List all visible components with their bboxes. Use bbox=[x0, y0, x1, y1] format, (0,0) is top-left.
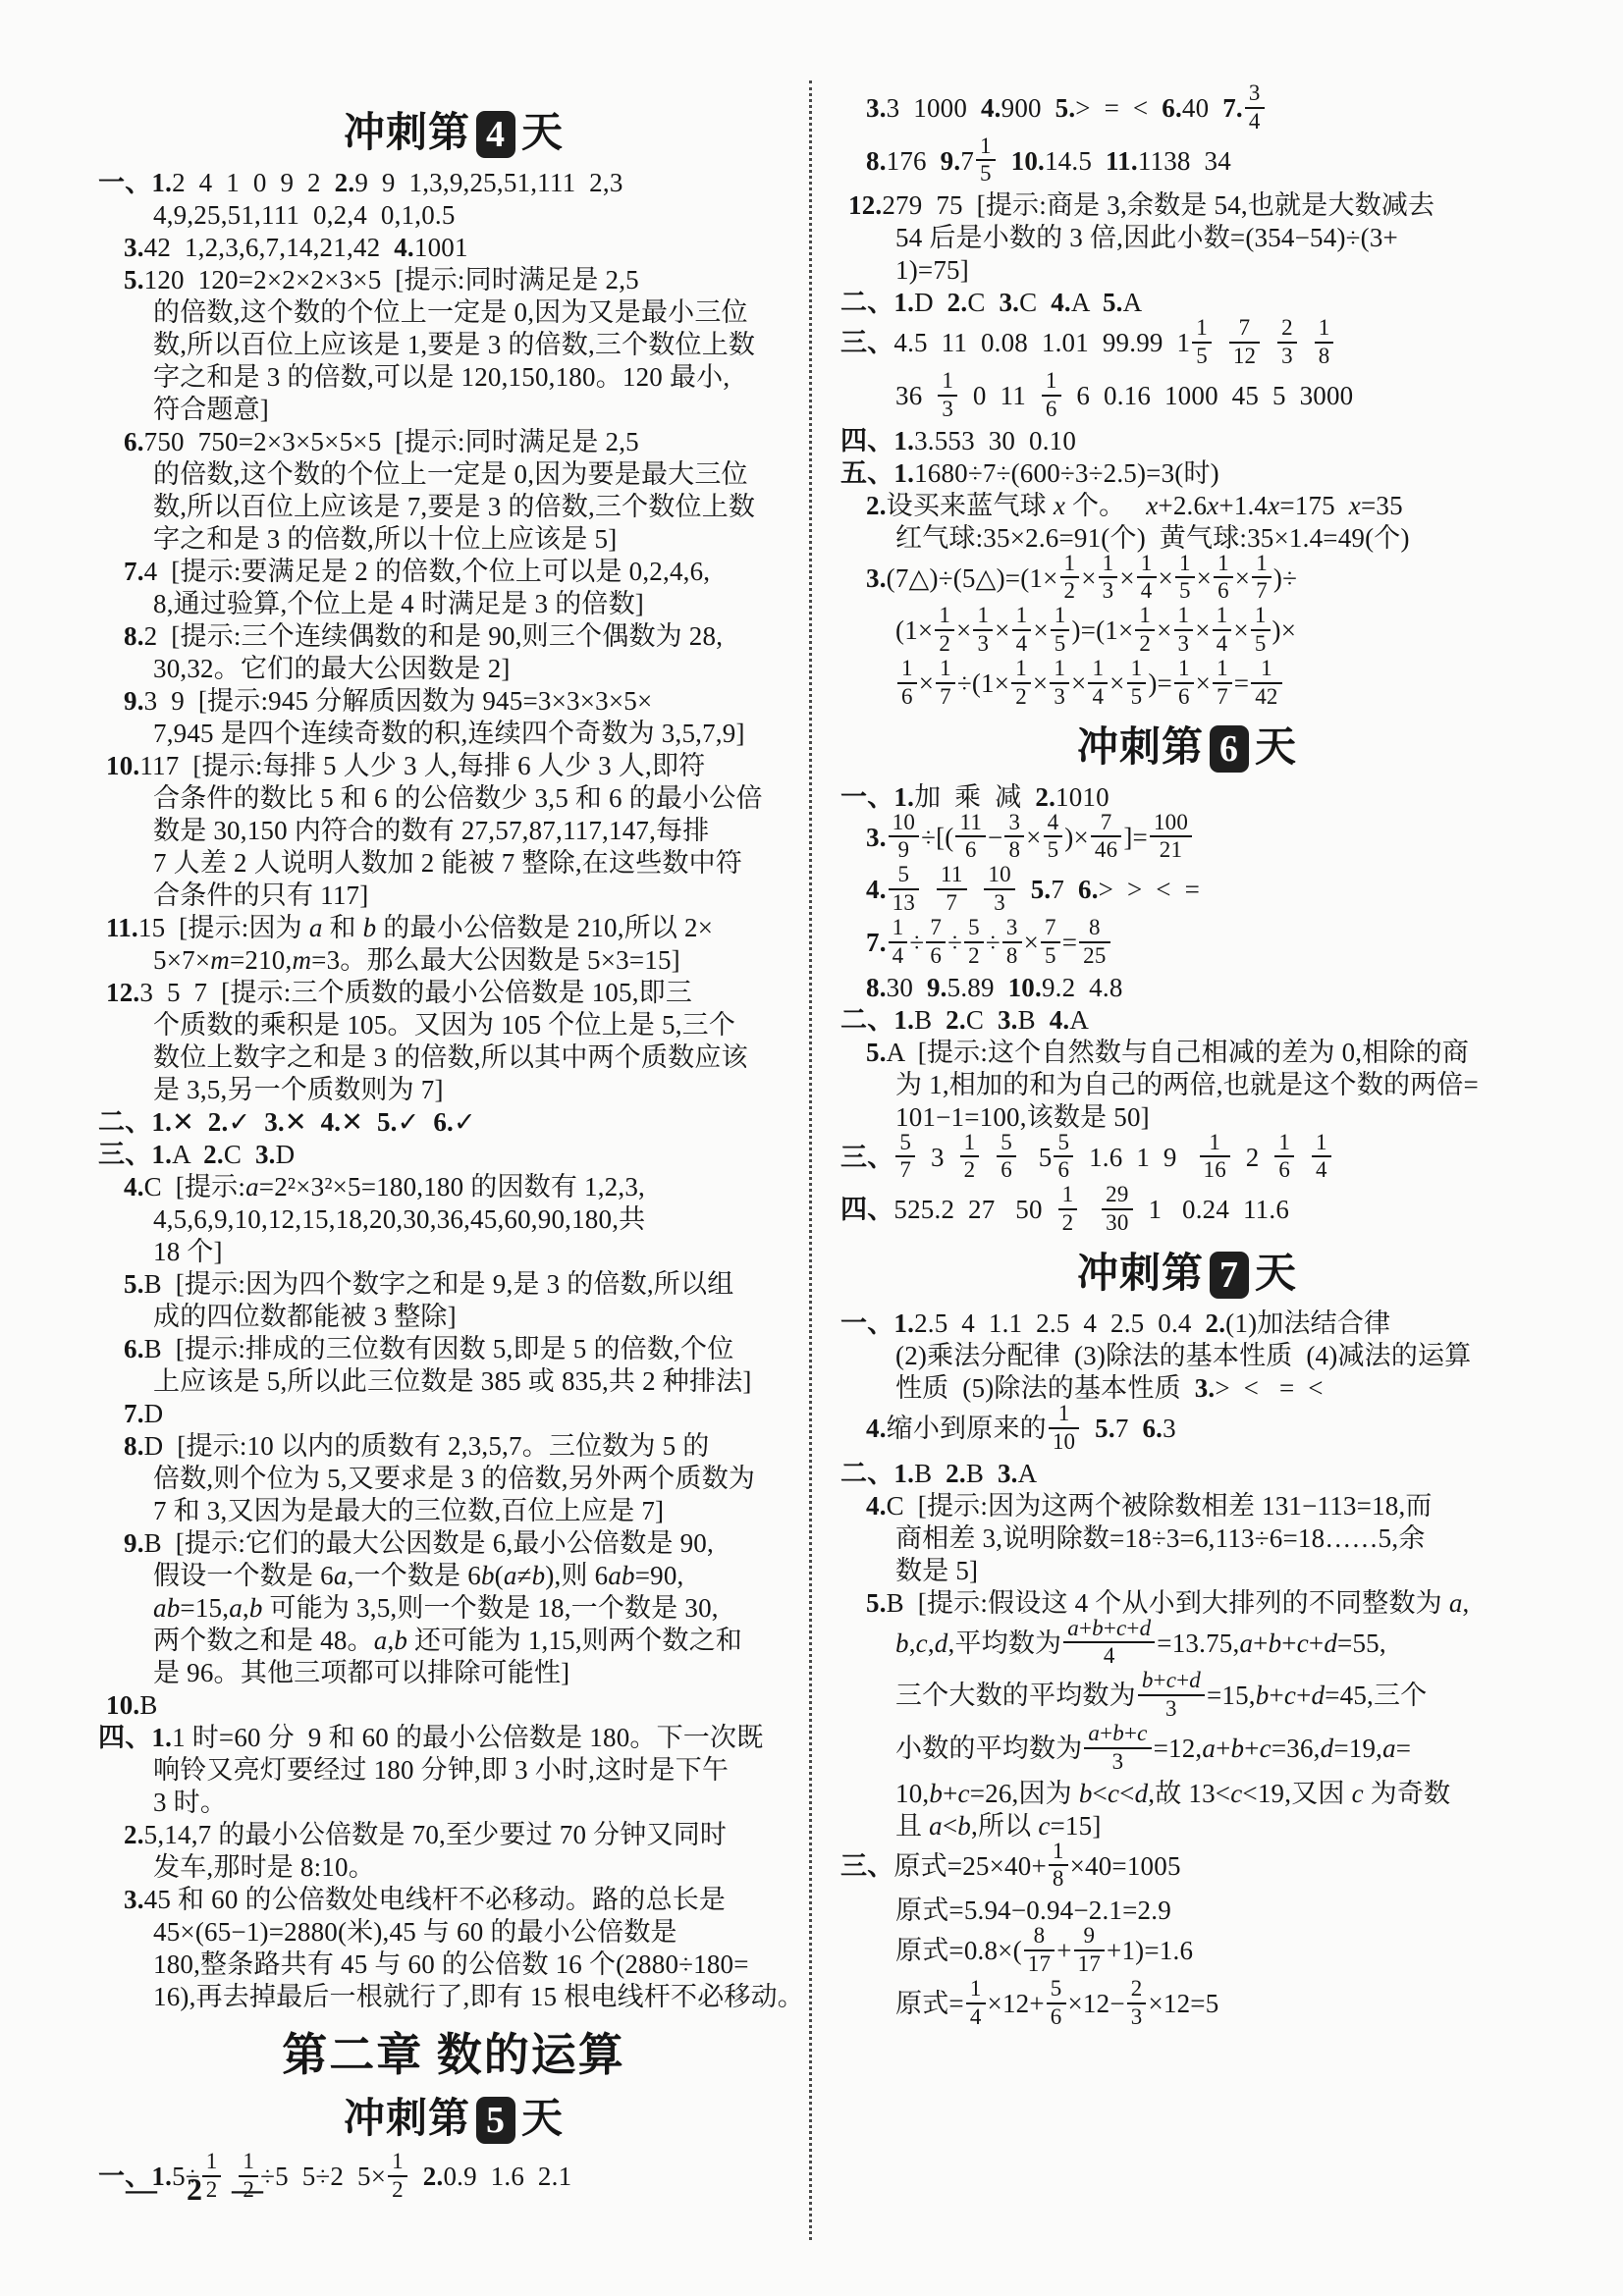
text-line: 4.缩小到原来的110 5.7 6.3 bbox=[866, 1405, 1534, 1458]
day-number-badge: 7 bbox=[1210, 1252, 1249, 1299]
text-line: 7.14÷76÷52÷38×75=825 bbox=[866, 919, 1534, 972]
text-line: 四、1.1 时=60 分 9 和 60 的最小公倍数是 180。下一次既 bbox=[98, 1722, 809, 1754]
text-line: 3.109÷[(116−38×45)×746]=10021 bbox=[866, 814, 1534, 867]
text-line: 三个大数的平均数为b+c+d3=15,b+c+d=45,三个 bbox=[895, 1672, 1534, 1725]
text-line: 7,945 是四个连续奇数的积,连续四个奇数为 3,5,7,9] bbox=[153, 718, 809, 750]
text-line: 四、525.2 27 50 12 2930 1 0.24 11.6 bbox=[840, 1186, 1534, 1239]
fraction: 13 bbox=[938, 369, 957, 422]
fraction: 116 bbox=[955, 811, 986, 864]
text-line: 原式=14×12+56×12−23×12=5 bbox=[895, 1980, 1534, 2033]
text-line: 8.176 9.715 10.14.5 11.1138 34 bbox=[866, 137, 1534, 190]
fraction: 23 bbox=[1277, 316, 1297, 369]
text-line: 是 3,5,另一个质数则为 7] bbox=[153, 1074, 809, 1106]
text-line: 数,所以百位上应该是 7,要是 3 的倍数,三个数位上数 bbox=[153, 491, 809, 523]
text-line: 5.B [提示:假设这 4 个从小到大排列的不同整数为 a, bbox=[866, 1587, 1534, 1620]
fraction: 38 bbox=[1002, 916, 1022, 969]
text-line: 2.设买来蓝气球 x 个。 x+2.6x+1.4x=175 x=35 bbox=[866, 490, 1534, 522]
fraction: 45 bbox=[1044, 811, 1063, 864]
fraction: 14 bbox=[966, 1977, 986, 2030]
fraction: 18 bbox=[1049, 1840, 1068, 1893]
text-line: 数是 5] bbox=[895, 1555, 1534, 1587]
text-line: 一、1.2 4 1 0 9 2 2.9 9 1,3,9,25,51,111 2,… bbox=[98, 167, 809, 199]
fraction: 14 bbox=[1088, 657, 1108, 710]
text-line: 6.B [提示:排成的三位数有因数 5,即是 5 的倍数,个位 bbox=[124, 1333, 809, 1365]
text-line: 16),再去掉最后一根就行了,即有 15 根电线杆不必移动。 bbox=[153, 1981, 809, 2013]
text-line: 3.42 1,2,3,6,7,14,21,42 4.1001 bbox=[124, 232, 809, 264]
text-line: 数,所以百位上应该是 1,要是 3 的倍数,三个数位上数 bbox=[153, 329, 809, 361]
text-line: 数位上数字之和是 3 的倍数,所以其中两个质数应该 bbox=[153, 1041, 809, 1074]
text-line: 7.D bbox=[124, 1398, 809, 1430]
fraction: 17 bbox=[936, 657, 955, 710]
text-line: 3.(7△)÷(5△)=(1×12×13×14×15×16×17)÷ bbox=[866, 555, 1534, 608]
fraction: 34 bbox=[1245, 81, 1265, 134]
text-line: 6.750 750=2×3×5×5×5 [提示:同时满足是 2,5 bbox=[124, 426, 809, 458]
fraction: 56 bbox=[1047, 1977, 1066, 2030]
fraction: 16 bbox=[897, 657, 917, 710]
fraction: 52 bbox=[964, 916, 984, 969]
text-line: 8.30 9.5.89 10.9.2 4.8 bbox=[866, 972, 1534, 1004]
fraction: 14 bbox=[889, 916, 908, 969]
text-line: 二、1.B 2.B 3.A bbox=[840, 1458, 1534, 1490]
left-column: 冲刺第4天一、1.2 4 1 0 9 2 2.9 9 1,3,9,25,51,1… bbox=[98, 98, 809, 2206]
text-line: 10.B bbox=[106, 1689, 809, 1722]
fraction: 13 bbox=[1050, 657, 1069, 710]
fraction: 13 bbox=[973, 604, 993, 657]
fraction: a+b+c3 bbox=[1084, 1722, 1151, 1775]
fraction: 14 bbox=[1213, 604, 1232, 657]
day-number-badge: 5 bbox=[476, 2097, 515, 2144]
fraction: 76 bbox=[926, 916, 946, 969]
fraction: 14 bbox=[1137, 552, 1157, 605]
fraction: 75 bbox=[1041, 916, 1060, 969]
fraction: 23 bbox=[1127, 1977, 1147, 2030]
text-line: 五、1.1680÷7÷(600÷3÷2.5)=3(时) bbox=[840, 457, 1534, 490]
fraction: 917 bbox=[1074, 1924, 1105, 1977]
text-line: 一、1.2.5 4 1.1 2.5 4 2.5 0.4 2.(1)加法结合律 bbox=[840, 1308, 1534, 1340]
day-header: 冲刺第6天 bbox=[840, 722, 1534, 774]
fraction: 14 bbox=[1312, 1131, 1331, 1184]
fraction: 16 bbox=[1174, 657, 1194, 710]
fraction: b+c+d3 bbox=[1138, 1669, 1205, 1722]
fraction: 12 bbox=[1135, 604, 1155, 657]
text-line: 合条件的数比 5 和 6 的公倍数少 3,5 和 6 的最小公倍 bbox=[153, 782, 809, 815]
text-line: 4.513 117 103 5.7 6.> > < = bbox=[866, 866, 1534, 919]
fraction: 746 bbox=[1091, 811, 1121, 864]
text-line: 是 96。其他三项都可以排除可能性] bbox=[153, 1657, 809, 1689]
text-line: (2)乘法分配律 (3)除法的基本性质 (4)减法的运算 bbox=[895, 1340, 1534, 1372]
fraction: 56 bbox=[1054, 1131, 1073, 1184]
fraction: 16 bbox=[1274, 1131, 1294, 1184]
text-line: 1)=75] bbox=[895, 254, 1534, 287]
fraction: 12 bbox=[1058, 1183, 1078, 1236]
day-number-badge: 6 bbox=[1210, 725, 1249, 773]
text-line: 上应该是 5,所以此三位数是 385 或 835,共 2 种排法] bbox=[153, 1365, 809, 1398]
text-line: 4.C [提示:因为这两个被除数相差 131−113=18,而 bbox=[866, 1490, 1534, 1522]
fraction: 12 bbox=[1011, 657, 1031, 710]
text-line: 的倍数,这个数的个位上一定是 0,因为又是最小三位 bbox=[153, 296, 809, 329]
fraction: 15 bbox=[1175, 552, 1195, 605]
text-line: 响铃又亮灯要经过 180 分钟,即 3 小时,这时是下午 bbox=[153, 1754, 809, 1787]
text-line: 两个数之和是 48。a,b 还可能为 1,15,则两个数之和 bbox=[153, 1625, 809, 1657]
text-line: 数是 30,150 内符合的数有 27,57,87,117,147,每排 bbox=[153, 815, 809, 847]
text-line: 的倍数,这个数的个位上一定是 0,因为要是最大三位 bbox=[153, 458, 809, 491]
text-line: 个质数的乘积是 105。又因为 105 个位上是 5,三个 bbox=[153, 1009, 809, 1041]
day-header: 冲刺第7天 bbox=[840, 1249, 1534, 1300]
fraction: 103 bbox=[984, 863, 1014, 916]
fraction: 142 bbox=[1251, 657, 1281, 710]
text-line: 二、1.D 2.C 3.C 4.A 5.A bbox=[840, 287, 1534, 319]
fraction: 17 bbox=[1213, 657, 1232, 710]
fraction: 16 bbox=[1042, 369, 1061, 422]
fraction: 116 bbox=[1200, 1131, 1230, 1184]
text-line: 成的四位数都能被 3 整除] bbox=[153, 1301, 809, 1333]
text-line: 商相差 3,说明除数=18÷3=6,113÷6=18……5,余 bbox=[895, 1522, 1534, 1555]
text-line: 10,b+c=26,因为 b<c<d,故 13<c<19,又因 c 为奇数 bbox=[895, 1778, 1534, 1810]
text-line: 4.C [提示:a=2²×3²×5=180,180 的因数有 1,2,3, bbox=[124, 1171, 809, 1203]
fraction: 117 bbox=[937, 863, 967, 916]
fraction: 16 bbox=[1214, 552, 1233, 605]
text-line: 9.3 9 [提示:945 分解质因数为 945=3×3×3×5× bbox=[124, 685, 809, 718]
text-line: 三、4.5 11 0.08 1.01 99.99 115 712 23 18 bbox=[840, 319, 1534, 372]
text-line: 3.45 和 60 的公倍数处电线杆不必移动。路的总长是 bbox=[124, 1884, 809, 1916]
fraction: 12 bbox=[960, 1131, 980, 1184]
text-line: 9.B [提示:它们的最大公因数是 6,最小公倍数是 90, bbox=[124, 1527, 809, 1560]
text-line: 180,整条路共有 45 与 60 的公倍数 16 个(2880÷180= bbox=[153, 1949, 809, 1981]
day-header: 冲刺第5天 bbox=[98, 2094, 809, 2145]
page-number: — 2 — bbox=[126, 2171, 265, 2208]
fraction: 13 bbox=[1174, 604, 1194, 657]
text-line: 三、1.A 2.C 3.D bbox=[98, 1139, 809, 1171]
text-line: ab=15,a,b 可能为 3,5,则一个数是 18,一个数是 30, bbox=[153, 1592, 809, 1625]
fraction: 14 bbox=[1012, 604, 1032, 657]
fraction: 15 bbox=[976, 134, 996, 187]
text-line: 10.117 [提示:每排 5 人少 3 人,每排 6 人少 3 人,即符 bbox=[106, 750, 809, 782]
text-line: 红气球:35×2.6=91(个) 黄气球:35×1.4=49(个) bbox=[895, 522, 1534, 555]
text-line: 原式=5.94−0.94−2.1=2.9 bbox=[895, 1895, 1534, 1927]
fraction: 825 bbox=[1079, 916, 1109, 969]
chapter-header: 第二章 数的运算 bbox=[98, 2027, 809, 2084]
text-line: 7 人差 2 人说明人数加 2 能被 7 整除,在这些数中符 bbox=[153, 847, 809, 880]
text-line: 字之和是 3 的倍数,可以是 120,150,180。120 最小, bbox=[153, 361, 809, 394]
text-line: 5.120 120=2×2×2×3×5 [提示:同时满足是 2,5 bbox=[124, 264, 809, 296]
fraction: 10021 bbox=[1150, 811, 1192, 864]
fraction: 15 bbox=[1051, 604, 1070, 657]
fraction: 109 bbox=[889, 811, 919, 864]
text-line: 7 和 3,又因为是最大的三位数,百位上应是 7] bbox=[153, 1495, 809, 1527]
fraction: a+b+c+d4 bbox=[1063, 1617, 1155, 1670]
text-line: (1×12×13×14×15)=(1×12×13×14×15)× bbox=[895, 607, 1534, 660]
text-line: 5.B [提示:因为四个数字之和是 9,是 3 的倍数,所以组 bbox=[124, 1268, 809, 1301]
fraction: 18 bbox=[1315, 316, 1334, 369]
text-line: 假设一个数是 6a,一个数是 6b(a≠b),则 6ab=90, bbox=[153, 1560, 809, 1592]
fraction: 712 bbox=[1229, 316, 1260, 369]
fraction: 12 bbox=[388, 2150, 407, 2203]
text-line: 54 后是小数的 3 倍,因此小数=(354−54)÷(3+ bbox=[895, 222, 1534, 254]
text-line: 18 个] bbox=[153, 1236, 809, 1268]
column-divider bbox=[809, 80, 812, 2240]
text-line: 字之和是 3 的倍数,所以十位上应该是 5] bbox=[153, 523, 809, 556]
text-line: 12.3 5 7 [提示:三个质数的最小公倍数是 105,即三 bbox=[106, 977, 809, 1009]
text-line: 16×17÷(1×12×13×14×15)=16×17=142 bbox=[895, 660, 1534, 713]
text-line: 30,32。它们的最大公因数是 2] bbox=[153, 653, 809, 685]
text-line: 45×(65−1)=2880(米),45 与 60 的最小公倍数是 bbox=[153, 1916, 809, 1949]
text-line: 二、1.B 2.C 3.B 4.A bbox=[840, 1004, 1534, 1037]
text-line: 36 13 0 11 16 6 0.16 1000 45 5 3000 bbox=[895, 372, 1534, 425]
day-number-badge: 4 bbox=[476, 111, 515, 158]
text-line: 性质 (5)除法的基本性质 3.> < = < bbox=[895, 1372, 1534, 1405]
text-line: 7.4 [提示:要满足是 2 的倍数,个位上可以是 0,2,4,6, bbox=[124, 556, 809, 588]
fraction: 12 bbox=[1060, 552, 1080, 605]
fraction: 110 bbox=[1049, 1402, 1079, 1455]
text-line: 8.D [提示:10 以内的质数有 2,3,5,7。三位数为 5 的 bbox=[124, 1430, 809, 1463]
fraction: 56 bbox=[997, 1131, 1016, 1184]
text-line: 发车,那时是 8:10。 bbox=[153, 1851, 809, 1884]
day-header: 冲刺第4天 bbox=[98, 108, 809, 159]
fraction: 17 bbox=[1252, 552, 1271, 605]
fraction: 2930 bbox=[1102, 1183, 1132, 1236]
text-line: 2.5,14,7 的最小公倍数是 70,至少要过 70 分钟又同时 bbox=[124, 1819, 809, 1851]
text-line: 二、1.✕ 2.✓ 3.✕ 4.✕ 5.✓ 6.✓ bbox=[98, 1106, 809, 1139]
fraction: 15 bbox=[1127, 657, 1147, 710]
text-line: 合条件的只有 117] bbox=[153, 880, 809, 912]
text-line: 符合题意] bbox=[153, 394, 809, 426]
text-line: 3.3 1000 4.900 5.> = < 6.40 7.34 bbox=[866, 84, 1534, 137]
text-line: 11.15 [提示:因为 a 和 b 的最小公倍数是 210,所以 2× bbox=[106, 912, 809, 944]
text-line: b,c,d,平均数为a+b+c+d4=13.75,a+b+c+d=55, bbox=[895, 1620, 1534, 1673]
text-line: 三、原式=25×40+18×40=1005 bbox=[840, 1842, 1534, 1896]
text-line: 原式=0.8×(817+917+1)=1.6 bbox=[895, 1927, 1534, 1980]
fraction: 15 bbox=[1192, 316, 1212, 369]
text-line: 12.279 75 [提示:商是 3,余数是 54,也就是大数减去 bbox=[848, 189, 1534, 222]
text-line: 小数的平均数为a+b+c3=12,a+b+c=36,d=19,a= bbox=[895, 1725, 1534, 1778]
text-line: 5×7×m=210,m=3。那么最大公因数是 5×3=15] bbox=[153, 944, 809, 977]
fraction: 13 bbox=[1099, 552, 1118, 605]
right-column: 3.3 1000 4.900 5.> = < 6.40 7.348.176 9.… bbox=[840, 84, 1534, 2032]
fraction: 15 bbox=[1251, 604, 1271, 657]
fraction: 817 bbox=[1024, 1924, 1055, 1977]
text-line: 四、1.3.553 30 0.10 bbox=[840, 425, 1534, 457]
fraction: 12 bbox=[935, 604, 954, 657]
fraction: 57 bbox=[895, 1131, 915, 1184]
text-line: 8.2 [提示:三个连续偶数的和是 90,则三个偶数为 28, bbox=[124, 620, 809, 653]
text-line: 5.A [提示:这个自然数与自己相减的差为 0,相除的商 bbox=[866, 1037, 1534, 1069]
text-line: 3 时。 bbox=[153, 1787, 809, 1819]
text-line: 且 a<b,所以 c=15] bbox=[895, 1810, 1534, 1842]
text-line: 为 1,相加的和为自己的两倍,也就是这个数的两倍= bbox=[895, 1069, 1534, 1101]
text-line: 倍数,则个位为 5,又要求是 3 的倍数,另外两个质数为 bbox=[153, 1463, 809, 1495]
text-line: 8,通过验算,个位上是 4 时满足是 3 的倍数] bbox=[153, 588, 809, 620]
text-line: 三、57 3 12 56 556 1.6 1 9 116 2 16 14 bbox=[840, 1134, 1534, 1187]
text-line: 4,5,6,9,10,12,15,18,20,30,36,45,60,90,18… bbox=[153, 1203, 809, 1236]
fraction: 513 bbox=[889, 863, 919, 916]
text-line: 4,9,25,51,111 0,2,4 0,1,0.5 bbox=[153, 199, 809, 232]
answer-book-page: 冲刺第4天一、1.2 4 1 0 9 2 2.9 9 1,3,9,25,51,1… bbox=[0, 0, 1623, 2296]
fraction: 38 bbox=[1004, 811, 1024, 864]
